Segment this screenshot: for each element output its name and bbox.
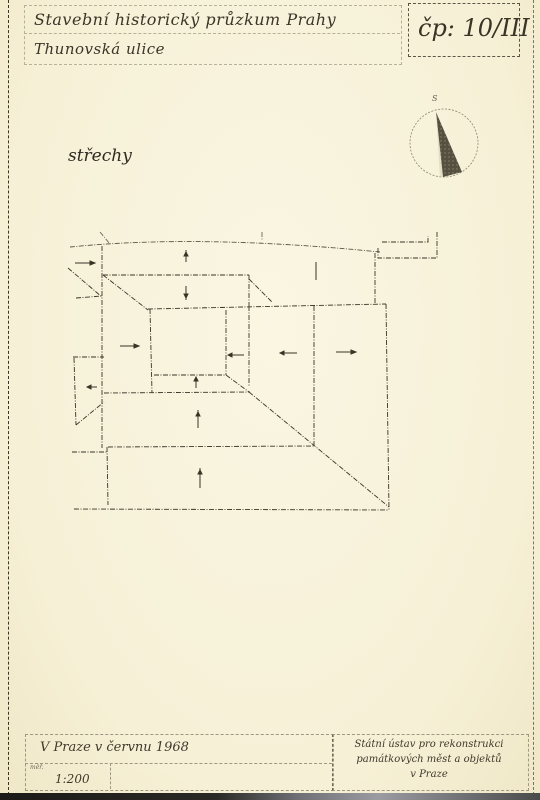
title-block-divider: [25, 763, 332, 764]
title-block-scale-divider: [110, 763, 111, 789]
scan-edge-strip: [0, 793, 540, 800]
institution-name: Státní ústav pro rekonstrukci památkovýc…: [334, 737, 524, 782]
place-date: V Praze v červnu 1968: [40, 740, 189, 755]
arrow-icon: [280, 351, 297, 355]
arrow-icon: [87, 385, 97, 389]
arrow-icon: [120, 344, 139, 348]
arrow-icon: [228, 353, 244, 357]
institution-line-1: Státní ústav pro rekonstrukci: [334, 737, 524, 752]
scale-label: měř.: [30, 764, 43, 771]
arrow-icon: [196, 410, 200, 428]
arrow-icon: [194, 377, 198, 388]
arrow-icon: [75, 261, 95, 265]
institution-line-2: památkových měst a objektů: [334, 752, 524, 767]
north-arrow-icon: S: [410, 94, 478, 177]
scale-value: 1:200: [55, 772, 90, 786]
roof-plan-drawing: S: [0, 0, 540, 800]
arrow-icon: [198, 468, 202, 488]
arrow-icon: [184, 286, 188, 300]
arrow-icon: [184, 250, 188, 262]
arrow-icon: [336, 350, 356, 354]
institution-line-3: v Praze: [334, 767, 524, 782]
north-label: S: [432, 94, 438, 103]
plan-lines: [68, 232, 437, 510]
